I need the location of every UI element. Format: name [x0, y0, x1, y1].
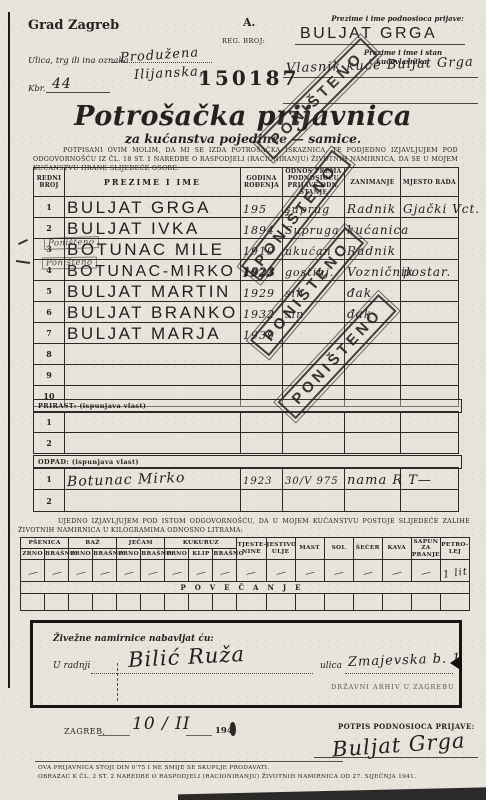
- form-subtitle: za kućanstva pojedince — samice.: [0, 131, 486, 146]
- col-header-occupation: ZANIMANJE: [345, 168, 401, 197]
- shop-box-heading: Živežne namirnice nabavljat ću:: [53, 634, 214, 644]
- applicant-label: Prezime i ime podnosioca prijave:: [330, 14, 465, 23]
- table-row: 9: [34, 365, 459, 386]
- supplies-intro-paragraph: UJEDNO IZJAVLJUJEM POD ISTOM ODGOVORNOŠĆ…: [18, 517, 470, 535]
- increase-row-label: POVEČANJE: [21, 582, 470, 594]
- reg-number-label: REG. BROJ:: [222, 37, 265, 45]
- supply-group: RAŽ: [69, 538, 117, 549]
- supply-group: SOL: [324, 538, 353, 560]
- table-row: 5 BULJAT MARTIN 1929 sin đak: [34, 281, 459, 302]
- street-handwritten-2: Ilijanska,: [134, 64, 205, 83]
- supply-group: KAVA: [382, 538, 411, 560]
- ink-smudge: [230, 722, 236, 736]
- street-label: Ulica, trg ili ina oznaka: [28, 56, 129, 66]
- fine-print-line-1: OVA PRIJAVNICA STOJI DIN 0'75 I NE SMIJE…: [38, 765, 270, 771]
- petrolej-value-handwritten: 1 lit: [442, 567, 468, 581]
- form-title: Potrošačka prijavnica: [0, 101, 486, 132]
- table-row: 2: [34, 433, 459, 454]
- prirast-table: 1 2: [33, 411, 459, 454]
- shop-name-handwritten: Bilić Ruža: [127, 642, 245, 672]
- supply-subcol: KLIP: [189, 549, 213, 560]
- supply-group: KUKURUZ: [165, 538, 237, 549]
- supply-group: SAPUN ZA PRANJE: [411, 538, 440, 560]
- kbr-handwritten: 44: [52, 76, 72, 92]
- table-row: 8: [34, 344, 459, 365]
- cancelled-stamp-small: Poništeno: [42, 257, 97, 270]
- in-shop-label: U radnji: [53, 661, 90, 671]
- archive-stamp-text: DRŽAVNI ARHIV U ZAGREBU: [331, 683, 454, 691]
- supply-group: ŠEĆER: [353, 538, 382, 560]
- date-handwritten: 10 / II: [132, 714, 191, 734]
- household-table: REDNI BROJ PREZIME I IME GODINA ROĐENJA …: [33, 167, 459, 407]
- fine-print-line-2: OBRAZAC K ČL. 2 ST. 2 NAREDBE O RASPODJE…: [38, 774, 416, 780]
- supply-subcol: BRAŠNO: [45, 549, 69, 560]
- supply-subcol: BRAŠNO: [141, 549, 165, 560]
- table-row: 2: [34, 490, 459, 512]
- city-heading: Grad Zagreb: [28, 18, 119, 33]
- supply-group: PETRO-LEJ: [440, 538, 469, 560]
- table-row: 1 BULJAT GRGA 195 suprug Radnik Gjački V…: [34, 197, 459, 218]
- table-row: 1: [34, 412, 459, 433]
- supply-group: JESTIVO ULJE: [266, 538, 295, 560]
- name-handwritten: BULJAT BRANKO: [67, 303, 238, 322]
- col-header-name: PREZIME I IME: [65, 168, 241, 197]
- applicant-handwritten: BULJAT GRGA: [300, 26, 437, 41]
- supply-group: MAST: [295, 538, 324, 560]
- scan-arrow-artifact: [450, 655, 462, 671]
- landlord-handwritten: Vlasnik kuće Buljat Grga: [286, 55, 474, 77]
- section-letter: A.: [243, 16, 255, 29]
- supplies-empty-row: [21, 594, 470, 611]
- col-header-num: REDNI BROJ: [34, 168, 65, 197]
- supply-subcol: ZRNO: [117, 549, 141, 560]
- street-label-box: ulica: [320, 661, 342, 671]
- supply-group: JEČAM: [117, 538, 165, 549]
- supply-subcol: ZRNO: [165, 549, 189, 560]
- table-row: 7 BULJAT MARJA 1939: [34, 323, 459, 344]
- supply-subcol: ZRNO: [21, 549, 45, 560]
- col-header-year: GODINA ROĐENJA: [241, 168, 283, 197]
- scanned-document: Grad Zagreb A. REG. BROJ: Prezime i ime …: [0, 0, 486, 800]
- table-row: 1 Botunac Mirko 1923 30/V 975 nama R T—: [34, 468, 459, 490]
- shop-declaration-box: Živežne namirnice nabavljat ću: U radnji…: [30, 620, 462, 708]
- shop-street-handwritten: Zmajevska b. 1: [348, 651, 462, 670]
- supply-subcol: BRAŠNO: [93, 549, 117, 560]
- odpad-table: 1 Botunac Mirko 1923 30/V 975 nama R T— …: [33, 467, 459, 512]
- supplies-values-row: — — — — — — — — — — — — — — — — 1 lit: [21, 560, 470, 582]
- col-header-workplace: MJESTO RADA: [401, 168, 459, 197]
- cancelled-stamp-small: Poništeno: [44, 236, 99, 250]
- supply-subcol: BRAŠNO: [213, 549, 237, 560]
- kbr-label: Kbr.: [28, 84, 46, 94]
- pencil-mark: [18, 239, 28, 245]
- name-handwritten: BULJAT IVKA: [67, 219, 200, 238]
- registration-number: 150187: [198, 66, 300, 90]
- name-handwritten: BULJAT GRGA: [67, 198, 211, 217]
- supply-group: PŠENICA: [21, 538, 69, 549]
- pencil-mark: [16, 260, 30, 264]
- name-handwritten: BULJAT MARJA: [67, 324, 221, 343]
- odpad-name-handwritten: Botunac Mirko: [67, 470, 186, 490]
- name-handwritten: BULJAT MARTIN: [67, 282, 231, 301]
- supplies-table: PŠENICA RAŽ JEČAM KUKURUZ TJESTE-NINE JE…: [20, 537, 470, 611]
- scan-edge-bar: [178, 786, 486, 800]
- supply-subcol: ZRNO: [69, 549, 93, 560]
